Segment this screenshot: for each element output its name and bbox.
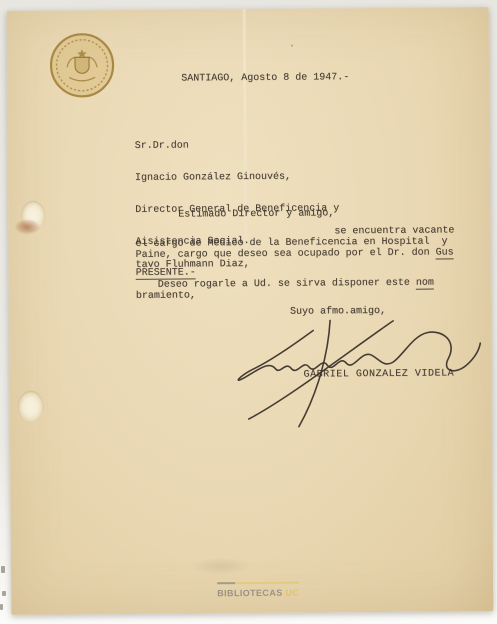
watermark-library-label: BIBLIOTECAS — [217, 588, 282, 599]
watermark-rule — [217, 582, 299, 585]
embossed-gold-seal-icon — [48, 31, 117, 100]
scan-edge-speck — [2, 591, 6, 596]
paper-smudge — [191, 557, 251, 575]
paper-worn-hole — [18, 391, 44, 423]
letter-page: SANTIAGO, Agosto 8 de 1947.- Sr.Dr.don I… — [7, 7, 494, 615]
scan-edge-speck — [0, 604, 3, 610]
hyphenation-underlined: nom — [416, 278, 434, 290]
signer-typed-name: GABRIEL GONZALEZ VIDELA — [303, 369, 454, 381]
recipient-line: Ignacio González Ginouvés, — [135, 172, 339, 184]
watermark-uc-logo: UC — [285, 588, 299, 598]
line-text: Deseo rogarle a Ud. se sirva disponer es… — [158, 278, 416, 291]
watermark-rule-gold — [235, 582, 299, 585]
watermark-text: BIBLIOTECAS UC — [217, 587, 327, 598]
watermark-rule-gray — [217, 582, 235, 584]
line-text: Paine, cargo que deseo sea ocupado por e… — [136, 247, 436, 260]
hyphenation-underlined: Gus — [436, 247, 454, 259]
rust-stain — [14, 219, 40, 235]
scan-background: SANTIAGO, Agosto 8 de 1947.- Sr.Dr.don I… — [0, 0, 497, 624]
body-paragraph2-line: Deseo rogarle a Ud. se sirva disponer es… — [158, 279, 434, 292]
paper-speck — [291, 45, 293, 47]
scan-edge-speck — [1, 566, 5, 573]
body-paragraph2-line: bramiento, — [136, 291, 196, 302]
recipient-line: Sr.Dr.don — [135, 140, 339, 152]
body-paragraph1-line: tavo Fluhmann Diaz, — [136, 260, 250, 271]
dateline: SANTIAGO, Agosto 8 de 1947.- — [181, 73, 349, 85]
library-watermark: BIBLIOTECAS UC — [217, 581, 327, 598]
salutation: Estimado Director y amigo, — [178, 209, 334, 221]
